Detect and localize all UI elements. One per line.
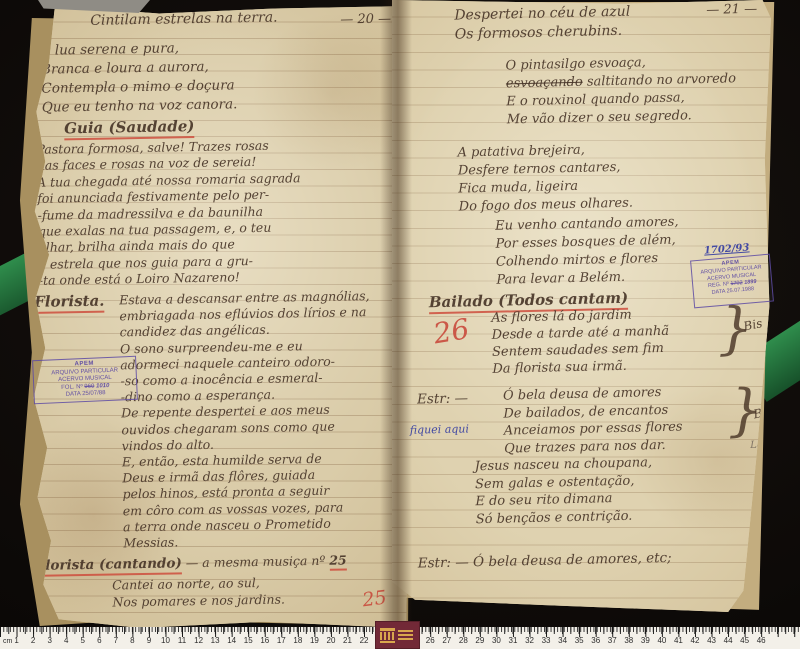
struck-word: esvoaçando <box>506 75 583 92</box>
manuscript-line: Da florista sua irmã. <box>492 357 670 378</box>
ruler-number: 32 <box>521 636 538 645</box>
ruler-number: 46 <box>753 636 770 645</box>
red-margin-number-26: 26 <box>431 312 472 350</box>
ruler-number: 42 <box>687 636 704 645</box>
ruler-number: 10 <box>157 636 174 645</box>
archive-stamp-right: APEM ARQUIVO PARTICULAR ACERVO MUSICAL R… <box>690 254 774 309</box>
ruler-number: 18 <box>290 636 307 645</box>
ruler-number: 29 <box>472 636 489 645</box>
florista-cantando-line: Florista (cantando) — a mesma musiça nº … <box>36 552 347 573</box>
archive-stamp-left: APEM ARQUIVO PARTICULAR ACERVO MUSICAL F… <box>32 356 138 404</box>
manuscript-line-rest: saltitando no arvoredo <box>583 71 737 89</box>
ruler-number: 36 <box>587 636 604 645</box>
ruler-number: 3 <box>41 636 58 645</box>
logo-text-line <box>398 638 413 640</box>
manuscript-line: Messias. <box>123 531 374 552</box>
ruler-number: 17 <box>273 636 290 645</box>
manuscript-line: Nos pomares e nos jardins. <box>112 591 285 611</box>
ruler-number: 19 <box>306 636 323 645</box>
ruler-number: 40 <box>654 636 671 645</box>
jesus-verse: Jesus nasceu na choupana,Sem galas e ost… <box>474 454 653 528</box>
ruler-number: 38 <box>621 636 638 645</box>
bailado-verse: As flores lá do jardimDesde a tarde até … <box>491 306 670 378</box>
ruler-number: 22 <box>356 636 373 645</box>
archive-logo-badge <box>375 621 420 649</box>
ruler-number: 45 <box>736 636 753 645</box>
building-icon <box>380 628 395 643</box>
fol-new-number: 1010 <box>96 382 110 389</box>
manuscript-scan: Cintilam estrelas na terra. — 20 — A lua… <box>0 0 800 649</box>
ruler-number: 33 <box>538 636 555 645</box>
ruler-number: 2 <box>25 636 42 645</box>
ruler-number: 26 <box>422 636 439 645</box>
manuscript-line: Que trazes para nos dar. <box>504 436 683 458</box>
ruler-number: 1 <box>8 636 25 645</box>
manuscript-line: Me vão dizer o seu segredo. <box>507 106 737 129</box>
ruler-number: 41 <box>670 636 687 645</box>
ruler-number: 15 <box>240 636 257 645</box>
ruler-number: 30 <box>488 636 505 645</box>
fol-label: FOL. Nº <box>61 384 83 391</box>
logo-text-lines <box>398 630 413 640</box>
ruler-number: 44 <box>720 636 737 645</box>
right-stanza-2: A patativa brejeira,Desfere ternos canta… <box>457 141 633 217</box>
ruler-number: 39 <box>637 636 654 645</box>
ruler-number: 28 <box>455 636 472 645</box>
logo-text-line <box>398 634 413 636</box>
manuscript-line: Que eu tenho na voz canora. <box>42 95 238 117</box>
ruler-number: 16 <box>257 636 274 645</box>
ruler-number: 34 <box>554 636 571 645</box>
reg-new-number: 1899 <box>744 279 757 286</box>
ruler-number: 27 <box>439 636 456 645</box>
ruler-number: 5 <box>74 636 91 645</box>
ruler-number: 6 <box>91 636 108 645</box>
ruler-number: 11 <box>174 636 191 645</box>
right-opening-lines: Despertei no céu de azulOs formosos cher… <box>454 3 631 45</box>
logo-text-line <box>398 630 413 632</box>
reg-old-number: 1702 <box>730 280 743 287</box>
blue-margin-note: fiquei aqui <box>410 422 469 436</box>
ruler-number: 37 <box>604 636 621 645</box>
ruler-number: 13 <box>207 636 224 645</box>
florista-cantando-header: Florista (cantando) <box>36 555 182 577</box>
ruler-number: 8 <box>124 636 141 645</box>
florista-cantando-verse: Cantei ao norte, ao sul,Nos pomares e no… <box>112 574 285 611</box>
estr-verse: Ó bela deusa de amoresDe bailados, de en… <box>503 384 683 458</box>
ruler-number: 35 <box>571 636 588 645</box>
final-estr-line: Estr: — Ó bela deusa de amores, etc; <box>418 550 672 572</box>
ruler-number: 4 <box>58 636 75 645</box>
ruler-number: 14 <box>223 636 240 645</box>
left-page-heading: Cintilam estrelas na terra. <box>90 10 278 29</box>
manuscript-line: -ta onde está o Loiro Nazareno! <box>39 268 303 289</box>
guia-paragraph: Pastora formosa, salve! Trazes rosasnas … <box>36 137 302 289</box>
left-page: Cintilam estrelas na terra. — 20 — A lua… <box>24 6 410 628</box>
page-gutter-shadow <box>380 0 412 630</box>
ruler-number: 20 <box>323 636 340 645</box>
ruler-number: 9 <box>141 636 158 645</box>
right-stanza-1: O pintasilgo esvoaça, esvoaçando saltita… <box>505 52 737 129</box>
bis-label-1: Bis <box>742 316 763 333</box>
ruler-number: 7 <box>108 636 125 645</box>
manuscript-line: Os formosos cherubins. <box>455 22 631 45</box>
estr-label: Estr: — <box>417 390 468 407</box>
right-page-number: — 21 — <box>706 2 757 18</box>
manuscript-line: Do fogo dos meus olhares. <box>459 195 634 217</box>
guia-section-header: Guia (Saudade) <box>64 117 195 140</box>
right-stanza-3: Eu venho cantando amores,Por esses bosqu… <box>495 214 680 290</box>
left-opening-stanza: A lua serena e pura,Branca e loura a aur… <box>41 38 238 117</box>
ruler-number: 21 <box>339 636 356 645</box>
manuscript-line: Só bençãos e contrição. <box>476 507 654 529</box>
florista-cantando-intro: — a mesma musiça nº <box>182 553 330 571</box>
manuscript-line: Para levar a Belém. <box>496 268 680 290</box>
ruler-number: 12 <box>190 636 207 645</box>
florista-paragraph: Estava a descansar entre as magnólias,em… <box>59 288 374 553</box>
fol-old-number: 960 <box>84 383 94 389</box>
ruler-number: 31 <box>505 636 522 645</box>
song-number: 25 <box>329 552 347 570</box>
ruler-number: 43 <box>703 636 720 645</box>
